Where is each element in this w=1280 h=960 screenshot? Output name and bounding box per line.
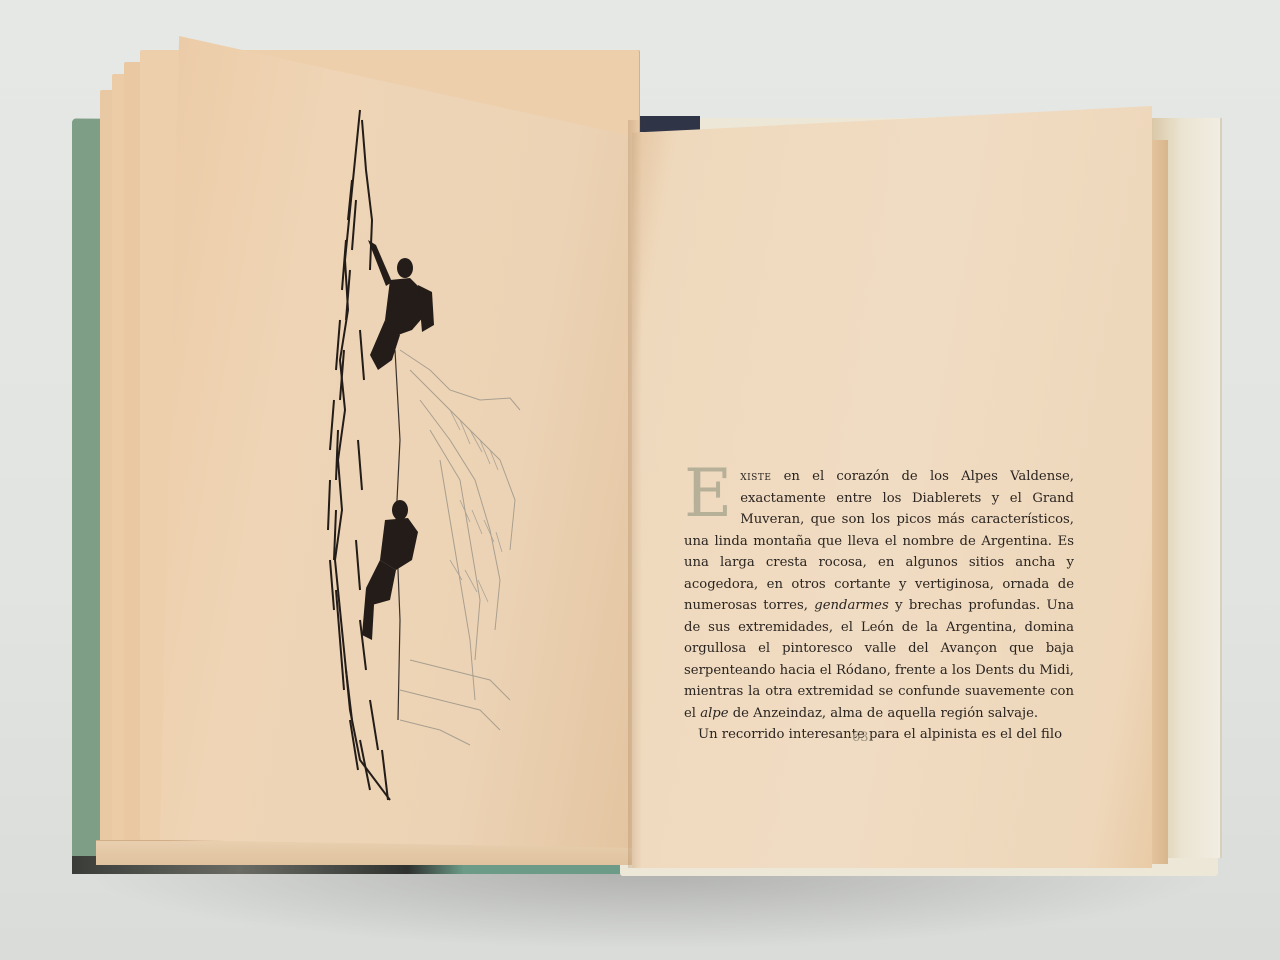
drop-cap: E: [684, 466, 732, 522]
climbers-illustration: [300, 100, 540, 810]
first-word: xiste: [740, 469, 771, 484]
paragraph-1: en el corazón de los Alpes Valdense, exa…: [684, 469, 1074, 613]
right-page-stack: [1150, 140, 1168, 864]
book-gutter: [628, 120, 642, 868]
paragraph-1c: de Anzeindaz, alma de aquella región sal…: [729, 706, 1039, 721]
italic-word-alpe: alpe: [700, 706, 728, 721]
paragraph-1b: y brechas profundas. Una de sus extremid…: [684, 598, 1074, 721]
italic-word-gendarmes: gendarmes: [814, 598, 888, 613]
body-text: Existe en el corazón de los Alpes Valden…: [684, 466, 1074, 746]
page-number: 63: [852, 730, 869, 745]
paragraph-2: Un recorrido interesante para el alpinis…: [684, 724, 1074, 746]
